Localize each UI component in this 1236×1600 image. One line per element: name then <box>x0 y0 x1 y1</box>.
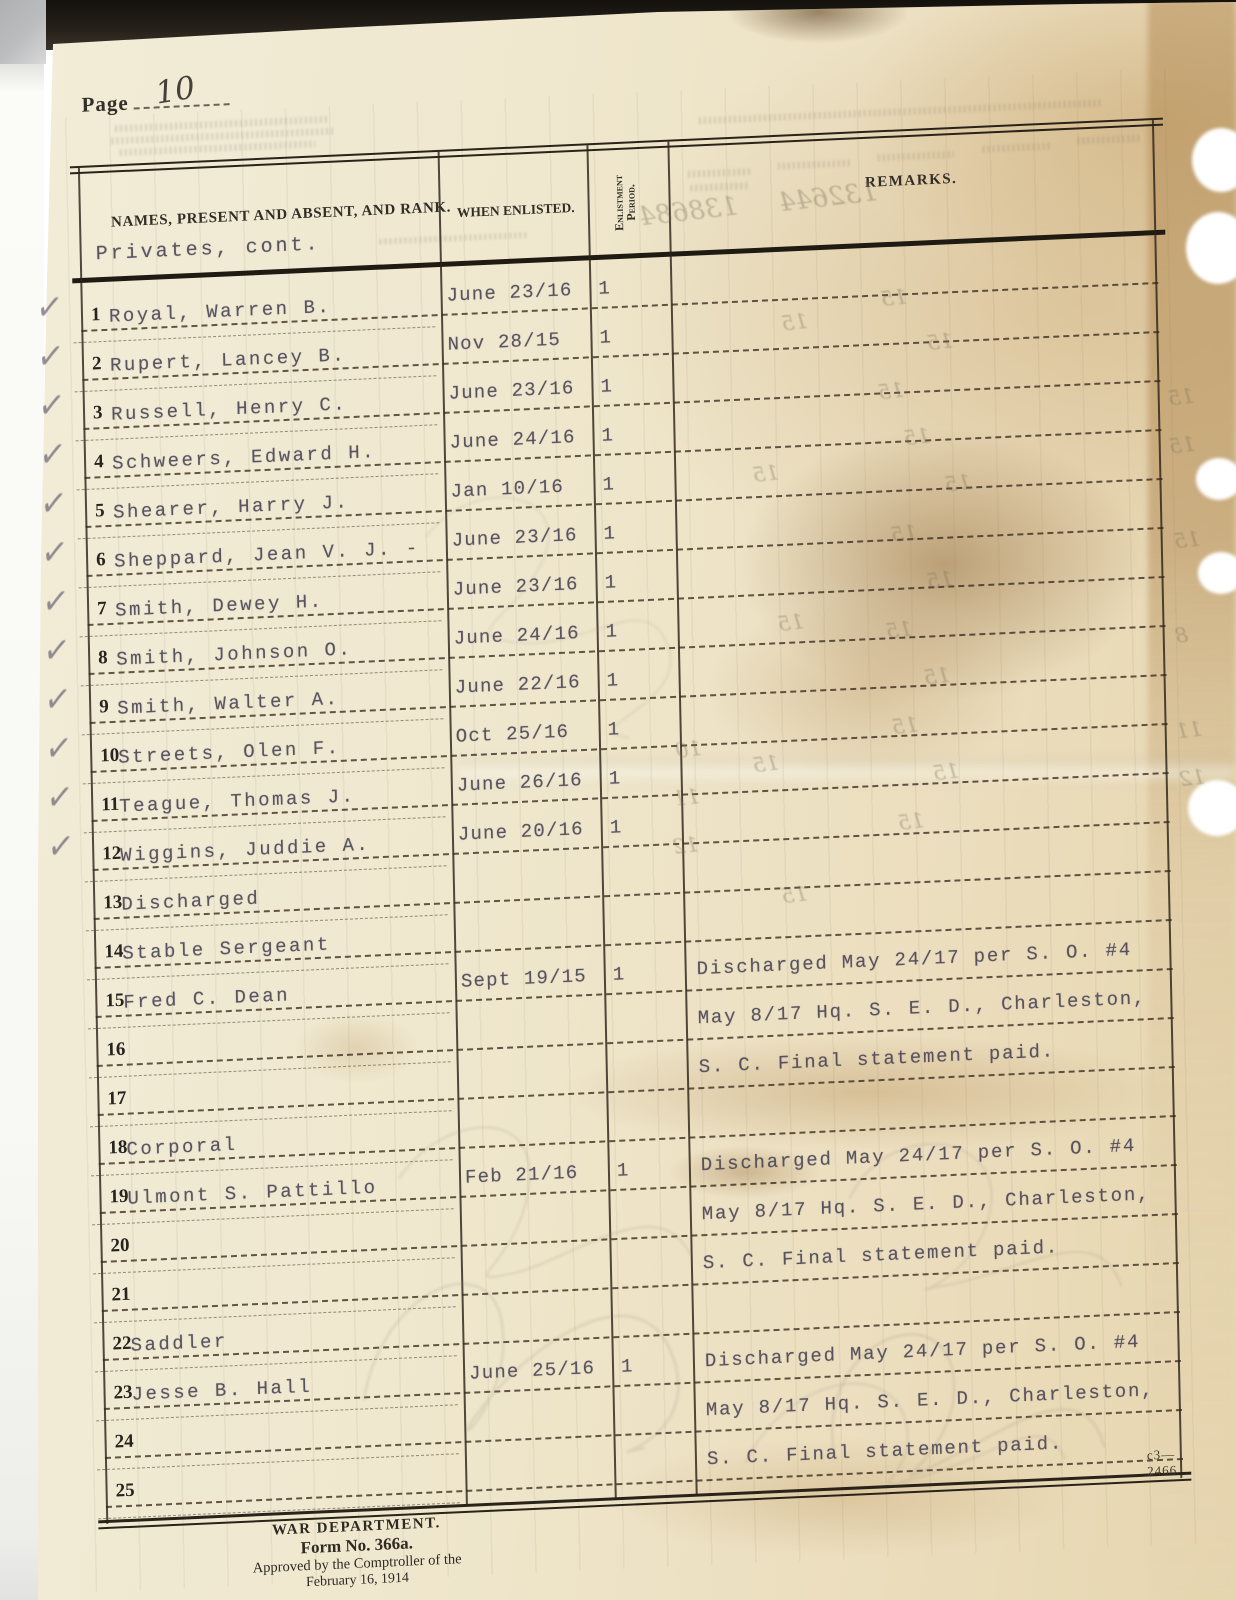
bleedthrough-number: 15 <box>1167 384 1196 411</box>
bleedthrough-number: 8 <box>1174 623 1189 648</box>
checkmark-icon: ✓ <box>39 530 71 577</box>
row-number: 18 <box>108 1137 127 1160</box>
bleedthrough-number: 15 <box>897 808 926 835</box>
row-number: 11 <box>101 794 119 817</box>
row-number: 9 <box>99 696 109 718</box>
row-number: 16 <box>106 1039 125 1062</box>
row-number: 23 <box>113 1382 132 1405</box>
row-number: 14 <box>104 941 123 964</box>
enlisted-cell: June 23/16 <box>446 279 572 307</box>
row-number: 6 <box>96 549 106 571</box>
enlisted-cell: Nov 28/15 <box>447 329 561 356</box>
bleedthrough-number: 11 <box>672 784 701 811</box>
print-code: c3—2466 <box>1147 1446 1186 1480</box>
paper-hole <box>1196 458 1236 500</box>
checkmark-icon: ✓ <box>45 824 77 871</box>
bleedthrough-number: 15 <box>1173 526 1202 553</box>
muster-roll-form: Page 10 NAMES, PRESENT AND ABSENT, AND R… <box>78 124 1187 1600</box>
row-number: 3 <box>93 402 103 424</box>
checkmark-icon: ✓ <box>37 432 69 479</box>
bleedthrough-number: 15 <box>890 520 919 547</box>
enlisted-cell: Sept 19/15 <box>461 965 587 993</box>
row-number: 13 <box>103 892 122 915</box>
bleedthrough-number: 15 <box>1168 432 1197 459</box>
enlisted-cell: June 23/16 <box>448 377 574 405</box>
bleedthrough-number: 15 <box>877 378 906 405</box>
name-cell: Saddler <box>130 1330 228 1356</box>
bleedthrough-number: 15 <box>780 881 809 908</box>
bleedthrough-number: 15 <box>891 712 920 739</box>
period-cell: 1 <box>600 375 612 398</box>
row-number: 8 <box>98 647 108 669</box>
row-number: 25 <box>115 1480 134 1503</box>
row-number: 2 <box>92 353 102 375</box>
page-label: Page <box>81 91 129 117</box>
checkmark-icon: ✓ <box>44 775 76 822</box>
bleedthrough-number: 15 <box>751 460 780 487</box>
period-cell: 1 <box>598 277 610 300</box>
checkmark-icon: ✓ <box>43 726 75 773</box>
checkmark-icon: ✓ <box>36 383 68 430</box>
row-number: 22 <box>112 1333 131 1356</box>
bleedthrough-number: 12 <box>671 832 700 859</box>
bleedthrough-number: 15 <box>903 423 932 450</box>
ghost-handwriting <box>383 400 811 839</box>
page-label-group: Page 10 <box>81 79 196 120</box>
bleedthrough-number: 15 <box>885 616 914 643</box>
row-number: 15 <box>105 990 124 1013</box>
checkmark-icon: ✓ <box>34 285 66 332</box>
ghost-handwriting <box>336 1022 775 1471</box>
bleedthrough-number: 10 <box>674 736 703 763</box>
ghost-handwriting <box>722 1287 1106 1534</box>
scanner-edge-strip <box>0 0 44 1600</box>
bleedthrough-number: 15 <box>751 750 780 777</box>
period-cell: 1 <box>613 963 625 986</box>
bleedthrough-number: 15 <box>776 609 805 636</box>
row-number: 19 <box>109 1186 128 1209</box>
bleedthrough-number: 15 <box>932 758 961 785</box>
bleedthrough-number: 15 <box>926 328 955 355</box>
row-number: 10 <box>100 745 119 768</box>
row-number: 7 <box>97 598 107 620</box>
row-number: 12 <box>102 843 121 866</box>
period-cell: 1 <box>599 326 611 349</box>
row-number: 1 <box>91 304 101 326</box>
row-number: 17 <box>107 1088 126 1111</box>
scanned-document: { "page": { "label": "Page", "number": "… <box>0 0 1236 1600</box>
bleedthrough-number: 11 <box>1175 717 1204 744</box>
bleedthrough-number: 15 <box>943 470 972 497</box>
checkmark-icon: ✓ <box>40 579 72 626</box>
row-number: 4 <box>94 451 104 473</box>
checkmark-icon: ✓ <box>41 628 73 675</box>
checkmark-icon: ✓ <box>35 334 67 381</box>
bleedthrough-number: 15 <box>780 309 809 336</box>
row-number: 20 <box>110 1235 129 1258</box>
row-number: 21 <box>111 1284 130 1307</box>
row-number: 24 <box>114 1431 133 1454</box>
checkmark-icon: ✓ <box>38 481 70 528</box>
scanner-corner-shadow <box>0 0 46 64</box>
bleedthrough-number: 12 <box>1178 764 1207 791</box>
checkmark-icon: ✓ <box>42 677 74 724</box>
row-number: 5 <box>95 500 105 522</box>
bleedthrough-number: 15 <box>926 567 955 594</box>
bleedthrough-number: 15 <box>880 284 909 311</box>
paper-hole <box>1198 552 1236 594</box>
bleedthrough-number: 15 <box>923 663 952 690</box>
